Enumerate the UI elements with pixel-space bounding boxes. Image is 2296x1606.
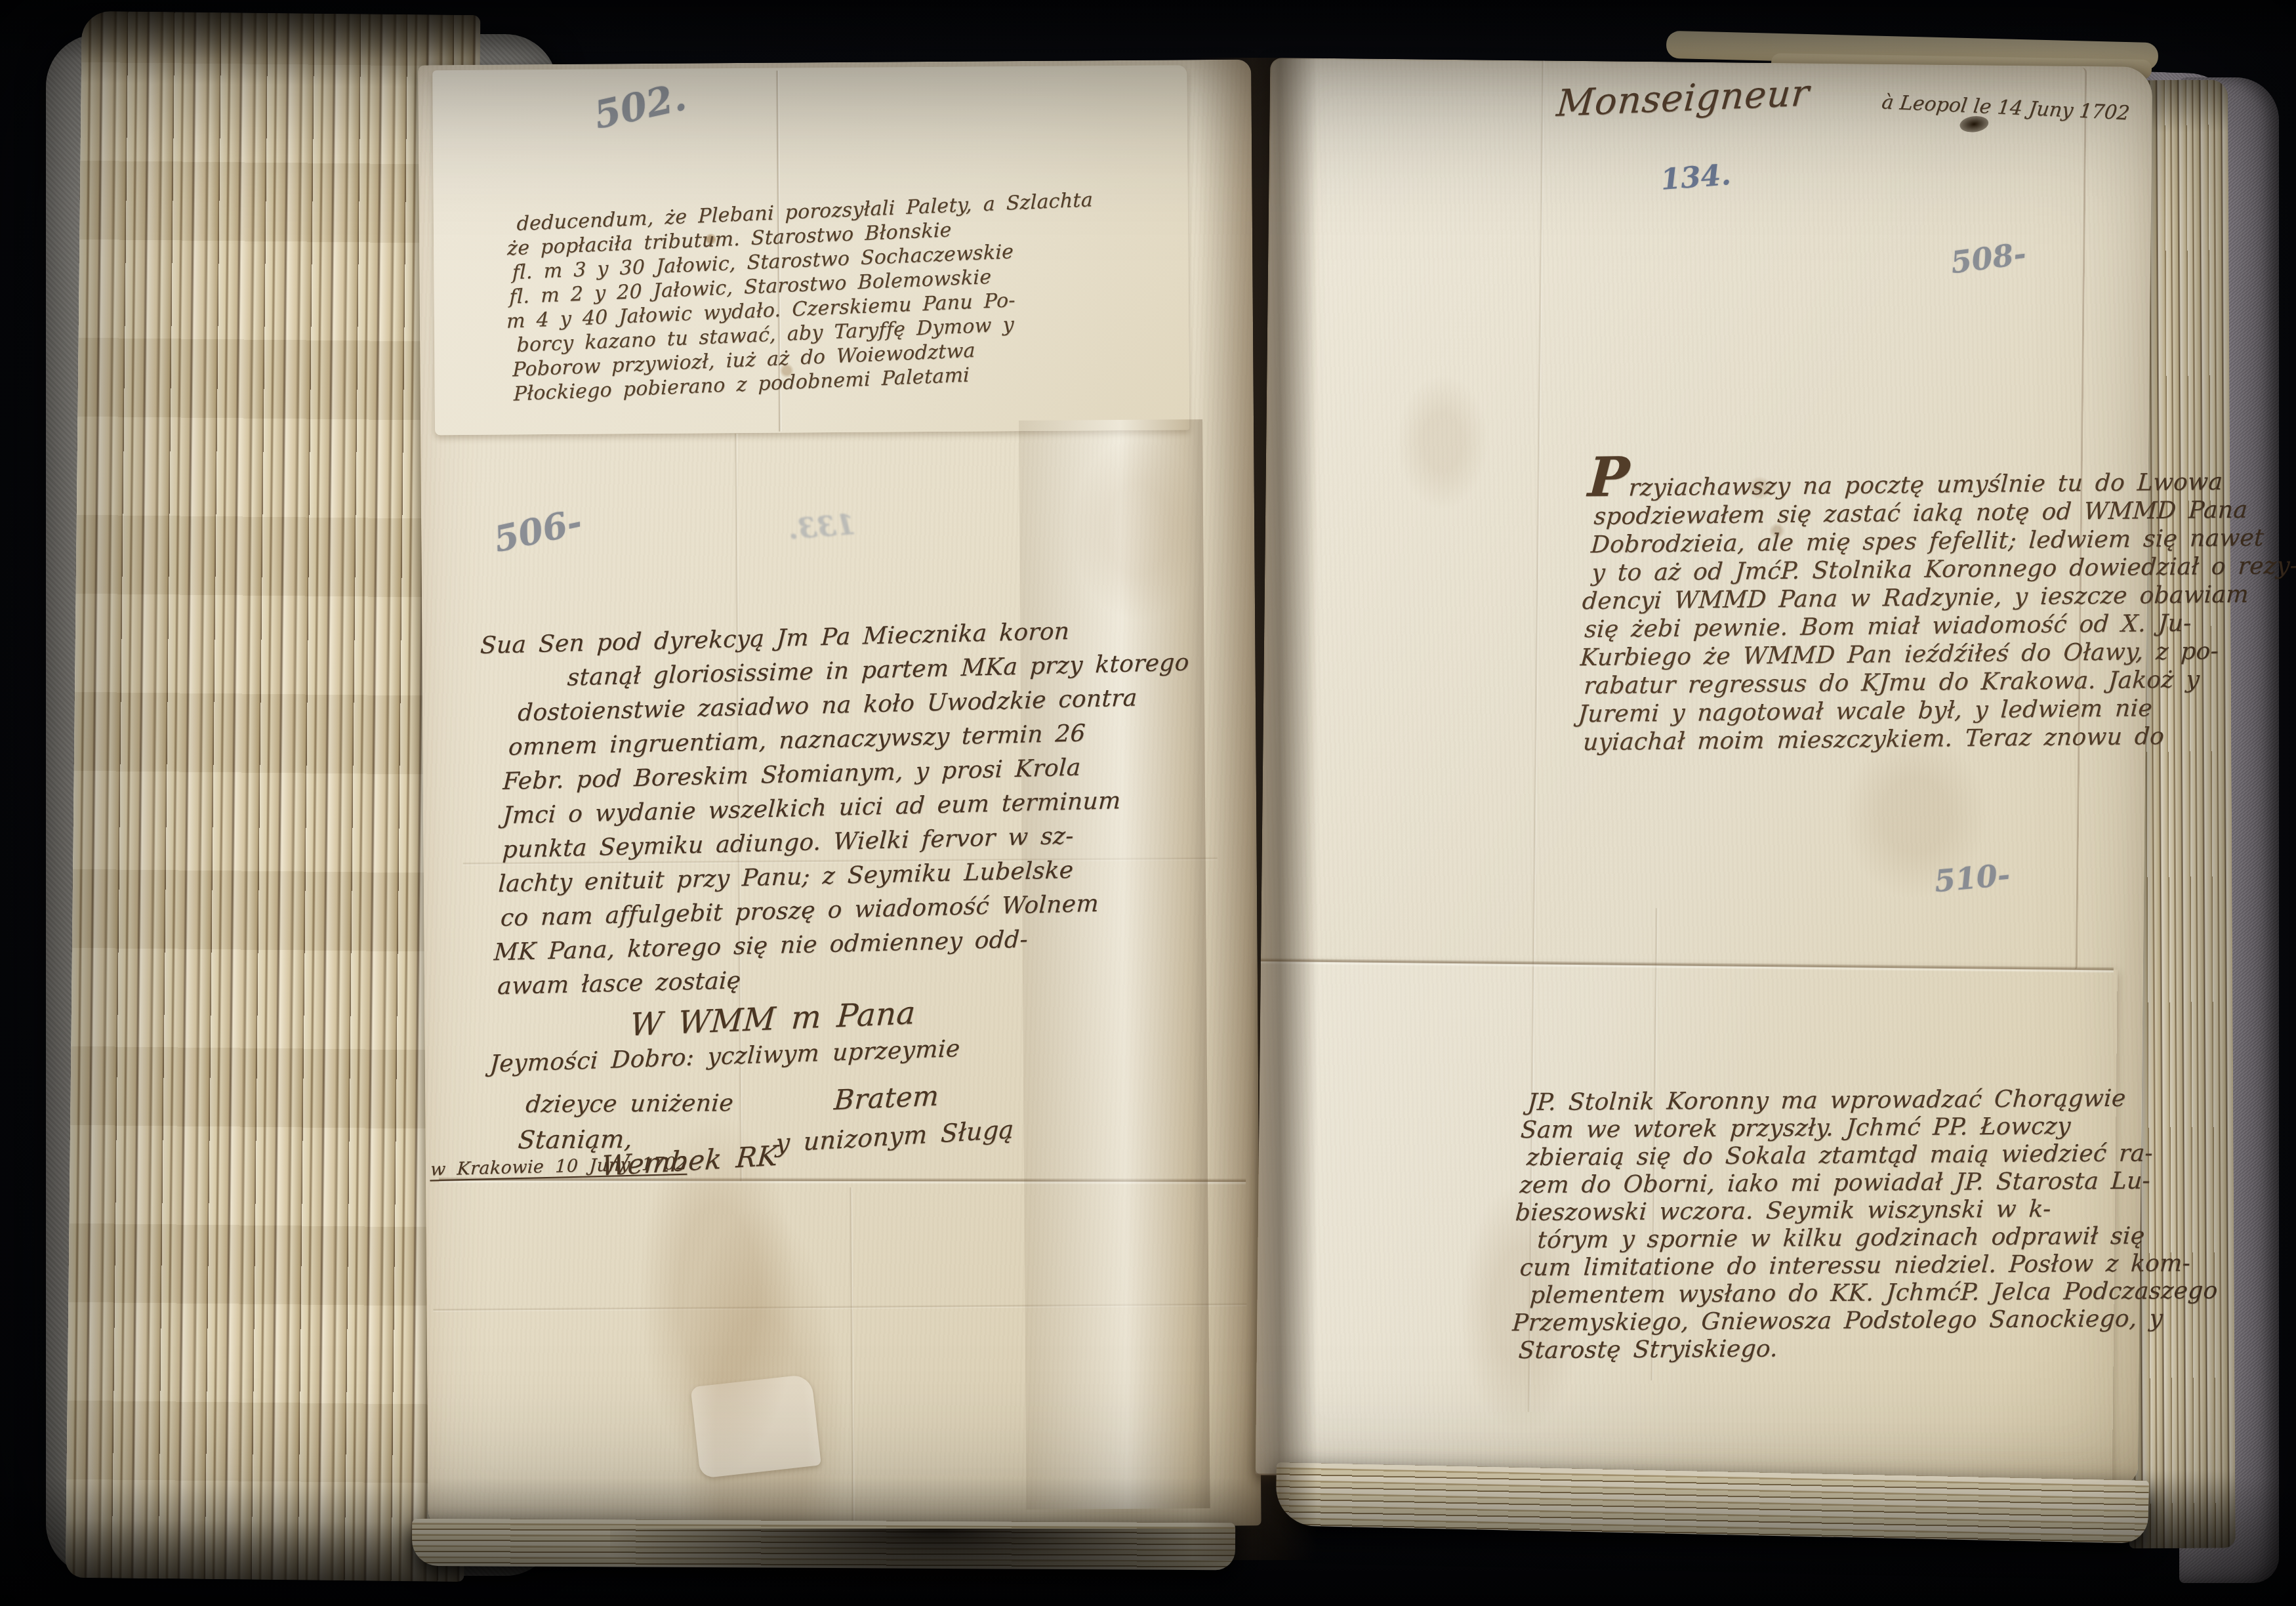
right-page: Monseigneur à Leopol le 14 Juny 1702 134…	[1256, 58, 2153, 1484]
handwritten-line: JP. Stolnik Koronny ma wprowadzać Chorąg…	[1527, 1084, 2179, 1117]
handwritten-line: plementem wysłano do KK. JchmćP. Jelca P…	[1529, 1277, 2167, 1309]
left-page-edge-stack	[66, 11, 481, 1582]
handwritten-line: Przemyskiego, Gniewosza Podstolego Sanoc…	[1511, 1305, 2165, 1337]
left-page: 502. deducendum, że Plebani porozsyłali …	[418, 60, 1261, 1532]
closing-bow-line: dzieyce uniżenie	[525, 1090, 735, 1118]
faint-bleedthrough-number-133: 133.	[787, 508, 857, 546]
cast-shadow	[610, 1529, 1266, 1606]
handwritten-line: cum limitatione do interessu niedziel. P…	[1519, 1250, 2169, 1282]
handwritten-line: Przyiachawszy na pocztę umyślnie tu do L…	[1587, 452, 2186, 503]
handwritten-line: Starostę Stryiskiego.	[1517, 1332, 2163, 1365]
handwritten-line: Sam we wtorek przyszły. Jchmć PP. Łowczy	[1520, 1112, 2178, 1144]
gutter-shadow	[1193, 58, 1317, 1560]
manuscript-book-photo: 502. deducendum, że Plebani porozsyłali …	[0, 0, 2296, 1606]
handwritten-line: zem do Oborni, iako mi powiadał JP. Star…	[1519, 1167, 2174, 1199]
note-paragraph: deducendum, że Plebani porozsyłali Palet…	[506, 190, 1052, 407]
handwritten-line: bieszowski wczora. Seymik wiszynski w k-	[1515, 1195, 2173, 1227]
letter-paragraph-1: Przyiachawszy na pocztę umyślnie tu do L…	[1572, 452, 2186, 757]
archive-page-number-510: 510-	[1933, 857, 2012, 899]
closing-bratem-word: Bratem	[833, 1079, 940, 1116]
handwritten-line: tórym y spornie w kilku godzinach odpraw…	[1536, 1222, 2171, 1254]
handwritten-line: zbieraią się do Sokala ztamtąd maią wied…	[1526, 1140, 2176, 1172]
letter-paragraph-2: JP. Stolnik Koronny ma wprowadzać Chorąg…	[1506, 1084, 2179, 1365]
letter-body-paragraph: Sua Sen pod dyrekcyą Jm Pa Miecznika kor…	[464, 614, 1084, 1004]
blue-pencil-number-134: 134.	[1660, 158, 1732, 197]
